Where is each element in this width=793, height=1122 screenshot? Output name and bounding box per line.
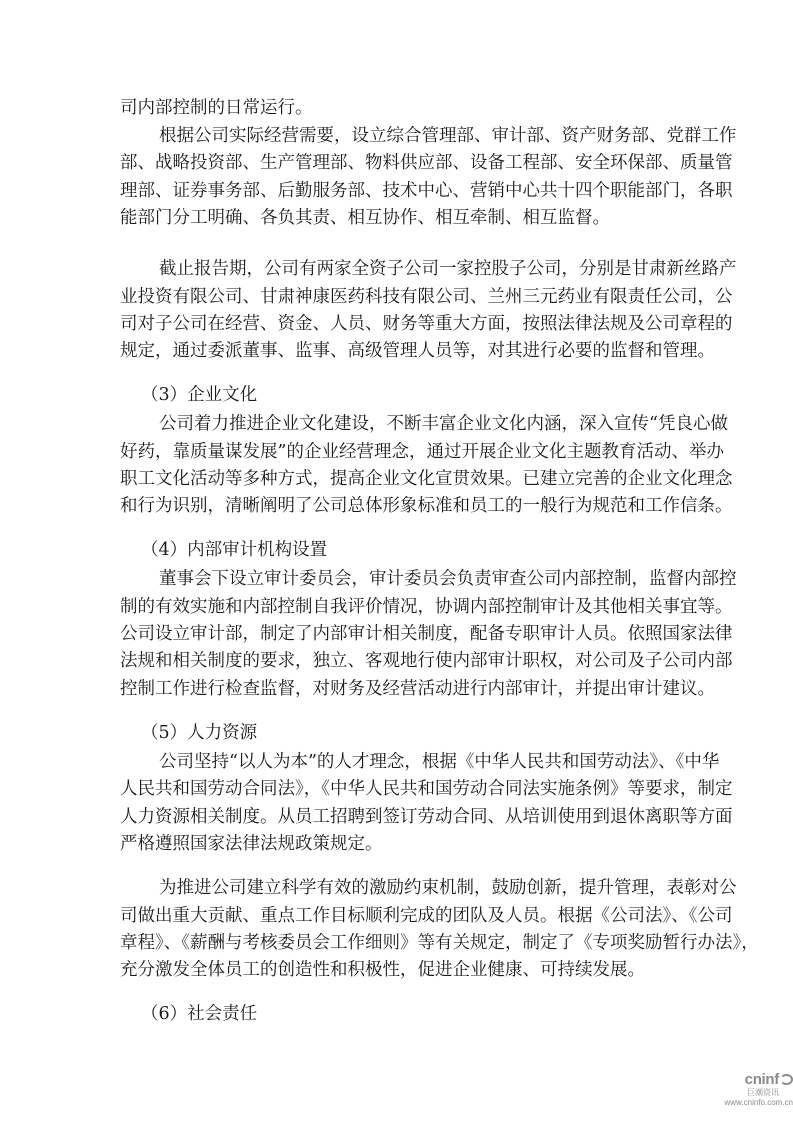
document-page: 司内部控制的日常运行。根据公司实际经营需要，设立综合管理部、审计部、资产财务部、… xyxy=(0,0,793,1122)
paragraph-line: 业投资有限公司、甘肃神康医药科技有限公司、兰州三元药业有限责任公司，公 xyxy=(120,286,672,308)
section-heading: （3）企业文化 xyxy=(141,384,257,406)
paragraph-line: 为推进公司建立科学有效的激励约束机制，鼓励创新，提升管理，表彰对公 xyxy=(159,877,672,899)
cninfo-watermark: cninf 巨潮资讯 www.cninfo.com.cn xyxy=(718,1072,793,1122)
paragraph-line: 根据公司实际经营需要，设立综合管理部、审计部、资产财务部、党群工作 xyxy=(159,125,672,147)
paragraph-line: 法规和相关制度的要求，独立、客观地行使内部审计职权，对公司及子公司内部 xyxy=(120,650,672,672)
paragraph-line: 充分激发全体员工的创造性和积极性，促进企业健康、可持续发展。 xyxy=(120,959,672,981)
paragraph-line: 董事会下设立审计委员会，审计委员会负责审查公司内部控制，监督内部控 xyxy=(159,568,672,590)
paragraph-line: 规定，通过委派董事、监事、高级管理人员等，对其进行必要的监督和管理。 xyxy=(120,340,672,362)
paragraph-line: 司做出重大贡献、重点工作目标顺利完成的团队及人员。根据《公司法》、《公司 xyxy=(120,905,672,927)
paragraph-line: 理部、证券事务部、后勤服务部、技术中心、营销中心共十四个职能部门，各职 xyxy=(120,180,672,202)
section-heading: （4）内部审计机构设置 xyxy=(141,539,327,561)
watermark-url: www.cninfo.com.cn xyxy=(718,1098,793,1108)
paragraph-line: 司对子公司在经营、资金、人员、财务等重大方面，按照法律法规及公司章程的 xyxy=(120,313,672,335)
paragraph-line: 制的有效实施和内部控制自我评价情况，协调内部控制审计及其他相关事宜等。 xyxy=(120,596,672,618)
paragraph-line: 控制工作进行检查监督，对财务及经营活动进行内部审计，并提出审计建议。 xyxy=(120,678,672,700)
paragraph-line: 人民共和国劳动合同法》，《中华人民共和国劳动合同法实施条例》等要求，制定 xyxy=(120,778,672,800)
paragraph-line: 章程》、《薪酬与考核委员会工作细则》等有关规定，制定了《专项奖励暂行办法》， xyxy=(120,932,672,954)
paragraph-line: 好药，靠质量谋发展”的企业经营理念，通过开展企业文化主题教育活动、举办 xyxy=(120,441,672,463)
section-heading: （6）社会责任 xyxy=(141,1003,257,1025)
paragraph-line: 严格遵照国家法律法规政策规定。 xyxy=(120,833,672,855)
paragraph-line: 公司着力推进企业文化建设，不断丰富企业文化内涵，深入宣传“凭良心做 xyxy=(159,413,672,435)
section-heading: （5）人力资源 xyxy=(141,722,257,744)
paragraph-line: 和行为识别，清晰阐明了公司总体形象标准和员工的一般行为规范和工作信条。 xyxy=(120,495,672,517)
paragraph-line: 公司设立审计部，制定了内部审计相关制度，配备专职审计人员。依照国家法律 xyxy=(120,623,672,645)
paragraph-line: 司内部控制的日常运行。 xyxy=(120,97,672,119)
paragraph-line: 能部门分工明确、各负其责、相互协作、相互牵制、相互监督。 xyxy=(120,207,672,229)
paragraph-line: 职工文化活动等多种方式，提高企业文化宣贯效果。已建立完善的企业文化理念 xyxy=(120,468,672,490)
paragraph-line: 截止报告期，公司有两家全资子公司一家控股子公司，分别是甘肃新丝路产 xyxy=(159,258,672,280)
cninfo-logo-icon xyxy=(780,1074,793,1085)
paragraph-line: 部、战略投资部、生产管理部、物料供应部、设备工程部、安全环保部、质量管 xyxy=(120,152,672,174)
paragraph-line: 公司坚持“以人为本”的人才理念，根据《中华人民共和国劳动法》、《中华 xyxy=(159,751,672,773)
paragraph-line: 人力资源相关制度。从员工招聘到签订劳动合同、从培训使用到退休离职等方面 xyxy=(120,806,672,828)
watermark-brand: cninf xyxy=(745,1071,779,1088)
watermark-chinese-name: 巨潮资讯 xyxy=(718,1088,793,1098)
